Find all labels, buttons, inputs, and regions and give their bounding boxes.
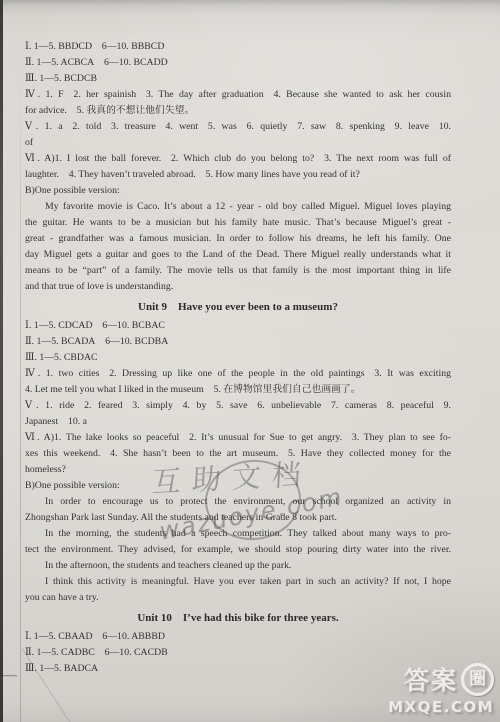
text-line: xes this weekend. 4. She hasn’t been to …	[25, 446, 451, 462]
text-line: homeless?	[25, 462, 451, 478]
text-line: great - grandfather was a famous musicia…	[25, 231, 451, 247]
text-line: My favorite movie is Caco. It’s about a …	[25, 199, 451, 215]
text-line: Ⅰ. 1—5. CDCAD 6—10. BCBAC	[25, 318, 451, 334]
page-dash-mark: —	[3, 668, 17, 684]
text-line: In order to encourage us to protect the …	[25, 494, 451, 510]
text-line: Zhongshan Park last Sunday. All the stud…	[25, 510, 451, 526]
text-line: B)One possible version:	[25, 478, 451, 494]
text-line: In the afternoon, the students and teach…	[25, 558, 451, 574]
text-line: day Miguel gets a guitar and goes to the…	[25, 247, 451, 263]
logo-site-url: MXQE.COM	[388, 698, 494, 716]
text-line: Ⅲ. 1—5. CBDAC	[25, 350, 451, 366]
text-line: 4. Let me tell you what I liked in the m…	[25, 382, 451, 398]
text-line: means to be “part” of a family. The movi…	[25, 263, 451, 279]
text-line: Ⅱ. 1—5. BCADA 6—10. BCDBA	[25, 334, 451, 350]
text-line: Japanest 10. a	[25, 414, 451, 430]
text-line: Ⅵ. A)1. The lake looks so peaceful 2. It…	[25, 430, 451, 446]
text-line: Ⅳ. 1. two cities 2. Dressing up like one…	[25, 366, 451, 382]
text-line: tect the environment. They advised, for …	[25, 542, 451, 558]
text-line: Ⅰ. 1—5. CBAAD 6—10. ABBBD	[25, 629, 451, 645]
text-line: you can have a try.	[25, 590, 451, 606]
text-line: Ⅰ. 1—5. BBDCD 6—10. BBBCD	[25, 39, 451, 55]
text-line: laughter. 4. They haven’t traveled abroa…	[25, 167, 451, 183]
page-margin-line	[20, 60, 21, 722]
unit-title: Unit 9 Have you ever been to a museum?	[25, 298, 451, 316]
text-line: and that true of love is understanding.	[25, 279, 451, 295]
text-line: B)One possible version:	[25, 183, 451, 199]
text-line: Ⅴ. 1. ride 2. feared 3. simply 4. by 5. …	[25, 398, 451, 414]
scanned-answer-page: Ⅰ. 1—5. BBDCD 6—10. BBBCDⅡ. 1—5. ACBCA 6…	[0, 0, 500, 722]
text-line: Ⅲ. 1—5. BCDCB	[25, 71, 451, 87]
text-line: Ⅲ. 1—5. BADCA	[25, 661, 451, 677]
text-line: the guitar. He wants to be a musician bu…	[25, 215, 451, 231]
text-line: In the morning, the students had a speec…	[25, 526, 451, 542]
unit-title: Unit 10 I’ve had this bike for three yea…	[25, 609, 451, 627]
text-line: Ⅵ. A)1. I lost the ball forever. 2. Whic…	[25, 151, 451, 167]
text-line: of	[25, 135, 451, 151]
text-line: Ⅱ. 1—5. CADBC 6—10. CACDB	[25, 645, 451, 661]
text-line: Ⅱ. 1—5. ACBCA 6—10. BCADD	[25, 55, 451, 71]
text-line: Ⅴ. 1. a 2. told 3. treasure 4. went 5. w…	[25, 119, 451, 135]
text-line: I think this activity is meaningful. Hav…	[25, 574, 451, 590]
scan-left-edge	[0, 0, 3, 722]
logo-circle-char-icon: 圈	[461, 663, 494, 696]
text-line: Ⅳ. 1. F 2. her spainish 3. The day after…	[25, 87, 451, 103]
answer-text-block: Ⅰ. 1—5. BBDCD 6—10. BBBCDⅡ. 1—5. ACBCA 6…	[25, 39, 451, 677]
text-line: for advice. 5. 我真的不想让他们失望。	[25, 103, 451, 119]
